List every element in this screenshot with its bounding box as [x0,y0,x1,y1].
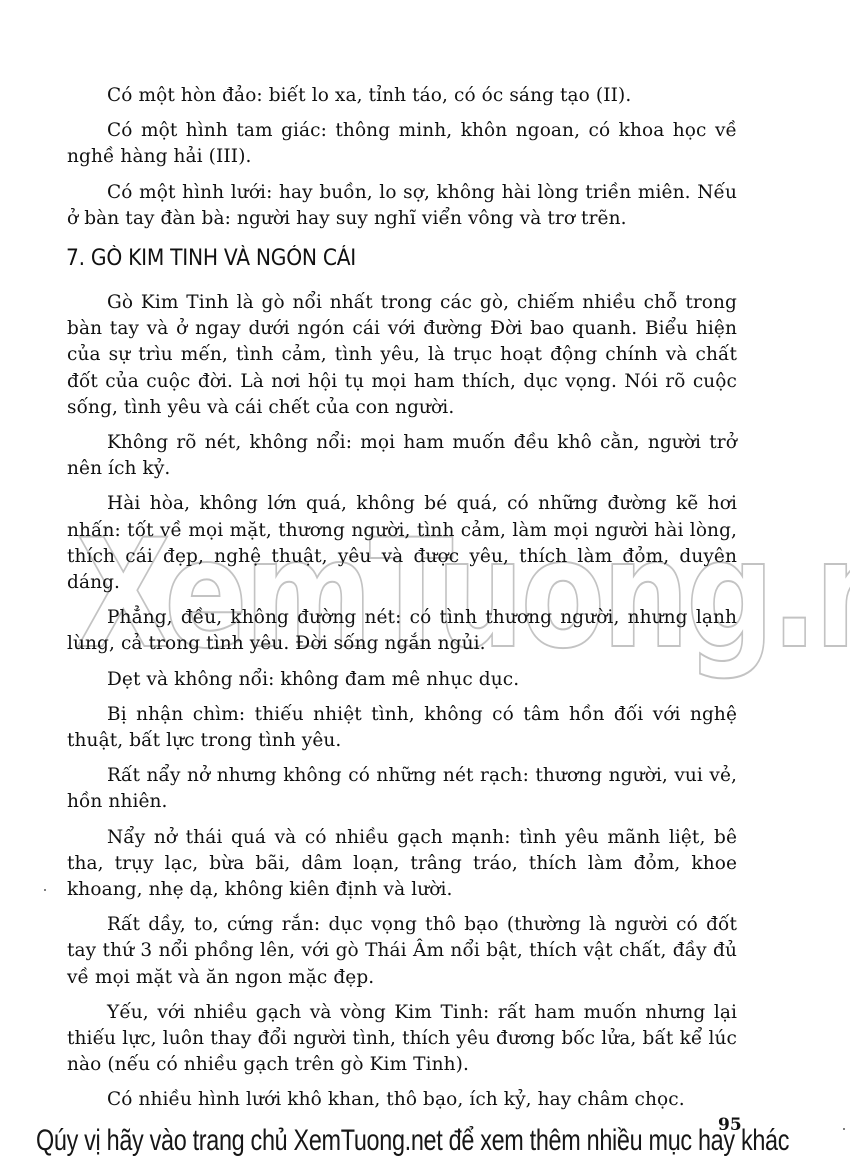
paragraph-grid: Có một hình lưới: hay buồn, lo sợ, không… [67,180,737,232]
paragraph-many-grids: Có nhiều hình lưới khô khan, thô bạo, íc… [67,1087,737,1113]
section-heading: 7. GÒ KIM TINH VÀ NGÓN CÁI [66,246,356,271]
paragraph-sunken: Bị nhận chìm: thiếu nhiệt tình, không có… [67,702,737,754]
paragraph-thick-hard: Rất dầy, to, cứng rắn: dục vọng thô bạo … [67,912,737,991]
section-body: Gò Kim Tinh là gò nổi nhất trong các gò,… [67,290,737,1123]
scan-speck [44,889,46,891]
paragraph-weak: Yếu, với nhiều gạch và vòng Kim Tinh: rấ… [67,1000,737,1079]
footer-banner: Qúy vị hãy vào trang chủ XemTuong.net để… [36,1124,652,1158]
paragraph-intro: Gò Kim Tinh là gò nổi nhất trong các gò,… [67,290,737,421]
paragraph-well-developed: Rất nẩy nở nhưng không có những nét rạch… [67,763,737,815]
paragraph-harmonious: Hài hòa, không lớn quá, không bé quá, có… [67,491,737,596]
top-text-block: Có một hòn đảo: biết lo xa, tỉnh táo, có… [67,83,737,241]
scan-speck [843,1128,845,1130]
paragraph-flattened: Dẹt và không nổi: không đam mê nhục dục. [67,667,737,693]
paragraph-triangle: Có một hình tam giác: thông minh, khôn n… [67,118,737,170]
paragraph-not-clear: Không rõ nét, không nổi: mọi ham muốn đề… [67,430,737,482]
paragraph-flat: Phẳng, đều, không đường nét: có tình thư… [67,605,737,657]
paragraph-island: Có một hòn đảo: biết lo xa, tỉnh táo, có… [67,83,737,109]
book-page: XemTuong.net Có một hòn đảo: biết lo xa,… [0,0,850,1171]
paragraph-over-developed: Nẩy nở thái quá và có nhiều gạch mạnh: t… [67,825,737,904]
